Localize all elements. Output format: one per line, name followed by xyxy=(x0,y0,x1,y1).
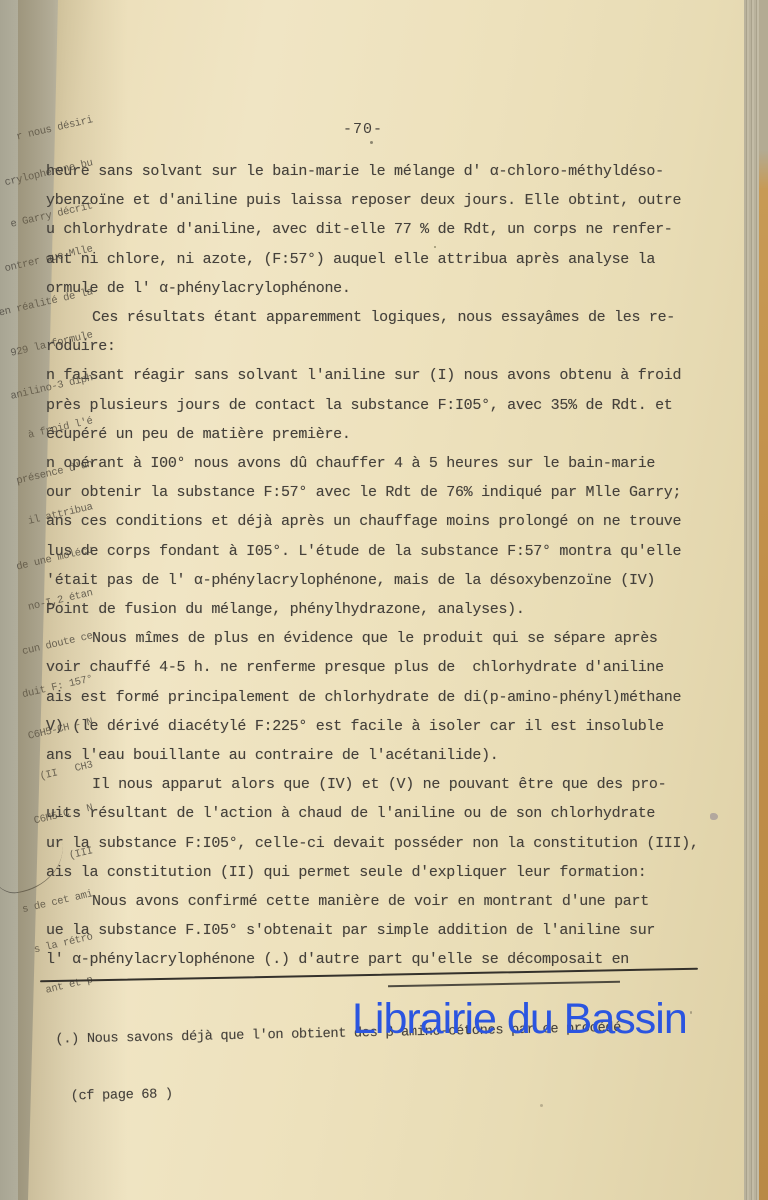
body-line: voir chauffé 4-5 h. ne renferme presque … xyxy=(46,653,718,682)
body-line: heure sans solvant sur le bain-marie le … xyxy=(46,157,718,186)
typewritten-body: heure sans solvant sur le bain-marie le … xyxy=(46,157,718,975)
paper-speck xyxy=(540,1104,543,1107)
body-line: ans ces conditions et déjà après un chau… xyxy=(46,507,718,536)
body-line: Ces résultats étant apparemment logiques… xyxy=(46,303,718,332)
bookseller-watermark: Librairie du Bassin xyxy=(352,995,687,1044)
body-line: ans l'eau bouillante au contraire de l'a… xyxy=(46,741,718,770)
body-line: Nous avons confirmé cette manière de voi… xyxy=(46,887,718,916)
body-line: n opérant à I00° nous avons dû chauffer … xyxy=(46,449,718,478)
body-line: ybenzoïne et d'aniline puis laissa repos… xyxy=(46,186,718,215)
body-line: Nous mîmes de plus en évidence que le pr… xyxy=(46,624,718,653)
paper-speck xyxy=(434,246,436,248)
paper-speck xyxy=(370,141,373,144)
body-line: our obtenir la substance F:57° avec le R… xyxy=(46,478,718,507)
book-cover-edge xyxy=(759,0,768,1200)
body-line: Point de fusion du mélange, phénylhydraz… xyxy=(46,595,718,624)
body-line: ormule de l' α-phénylacrylophénone. xyxy=(46,274,718,303)
body-line: écupéré un peu de matière première. xyxy=(46,420,718,449)
body-line: Il nous apparut alors que (IV) et (V) ne… xyxy=(46,770,718,799)
body-line: ue la substance F.I05° s'obtenait par si… xyxy=(46,916,718,945)
body-line: ais la constitution (II) qui permet seul… xyxy=(46,858,718,887)
page-number: -70- xyxy=(318,121,408,138)
body-line: ais est formé principalement de chlorhyd… xyxy=(46,683,718,712)
paper-speck xyxy=(690,1011,692,1014)
body-line: près plusieurs jours de contact la subst… xyxy=(46,391,718,420)
body-line: u chlorhydrate d'aniline, avec dit-elle … xyxy=(46,215,718,244)
scanned-book-page: r nous désiricrylophénone bue Garry décr… xyxy=(0,0,768,1200)
body-line: n faisant réagir sans solvant l'aniline … xyxy=(46,361,718,390)
footnote-line: (cf page 68 ) xyxy=(56,1074,696,1106)
body-line: roduire: xyxy=(46,332,718,361)
paper-speck xyxy=(710,813,718,820)
body-line: ur la substance F:I05°, celle-ci devait … xyxy=(46,829,718,858)
page-stack-edge xyxy=(744,0,760,1200)
body-line: V) (le dérivé diacétylé F:225° est facil… xyxy=(46,712,718,741)
margin-fragment: r nous désiri xyxy=(0,114,94,150)
body-line: lus de corps fondant à I05°. L'étude de … xyxy=(46,537,718,566)
body-line: ant ni chlore, ni azote, (F:57°) auquel … xyxy=(46,245,718,274)
body-line: uits résultant de l'action à chaud de l'… xyxy=(46,799,718,828)
body-line: 'était pas de l' α-phénylacrylophénone, … xyxy=(46,566,718,595)
